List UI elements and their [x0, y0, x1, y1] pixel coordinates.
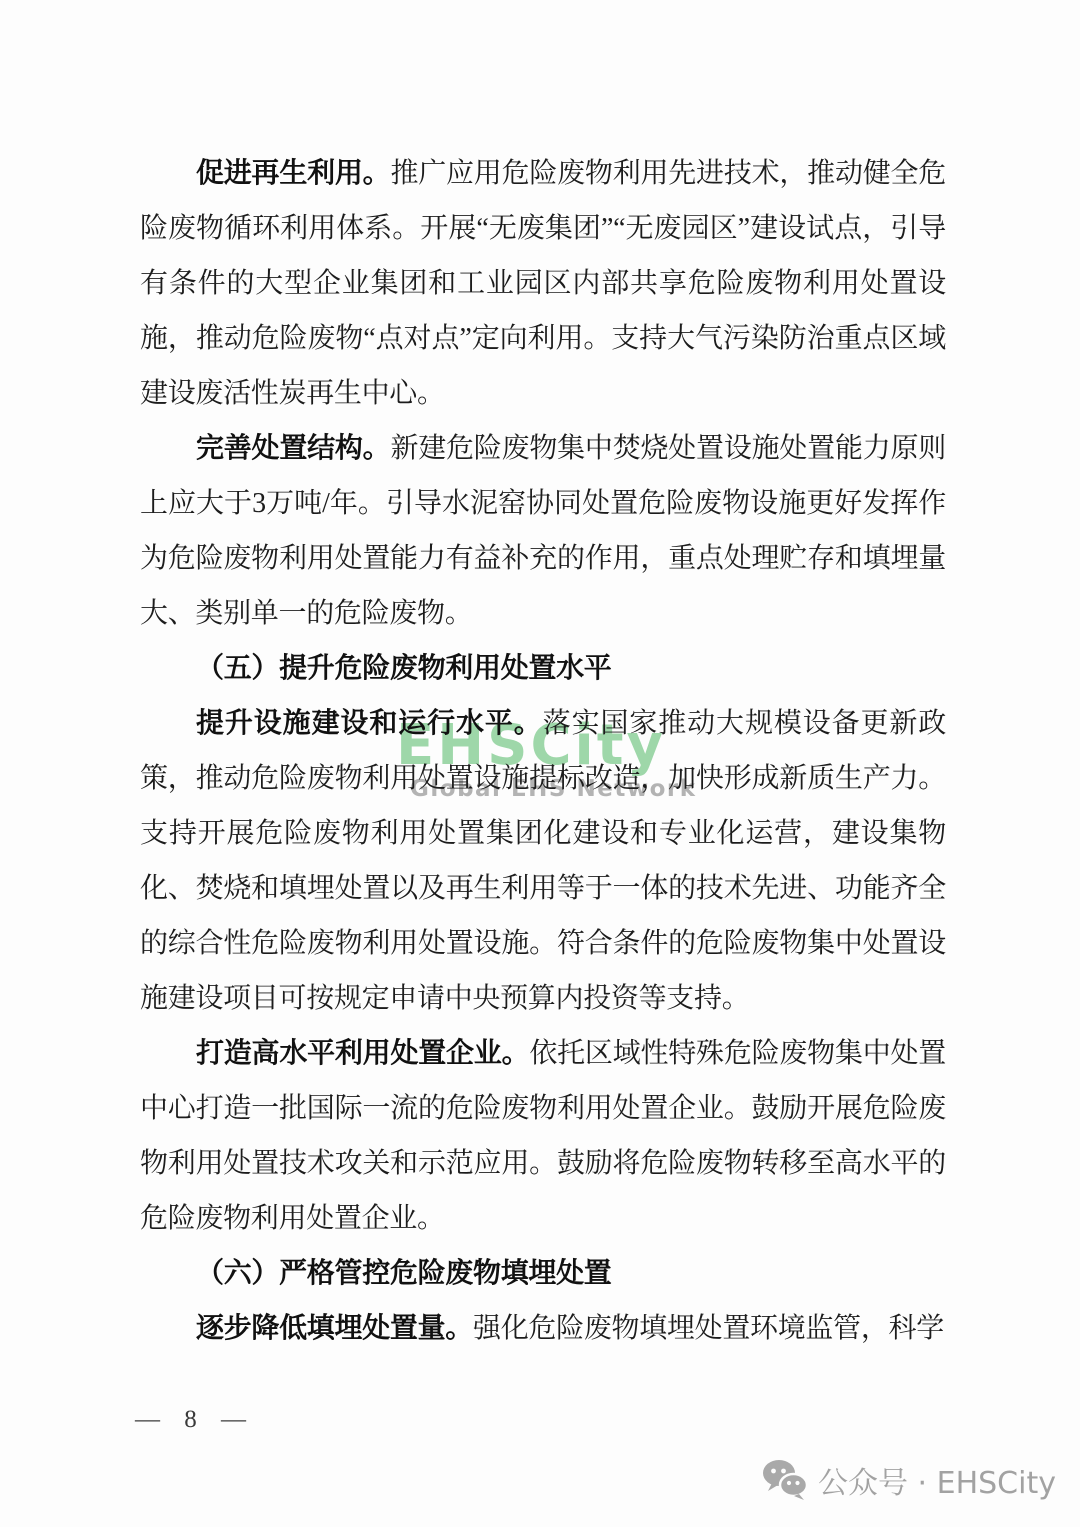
paragraph-lead: 打造高水平利用处置企业。: [196, 1038, 529, 1069]
document-page: EHSCity Global EHS Network 促进再生利用。推广应用危险…: [0, 0, 1080, 1527]
section-heading-5: （五）提升危险废物利用处置水平: [140, 641, 946, 696]
paragraph-high-level-enterprises: 打造高水平利用处置企业。依托区域性特殊危险废物集中处置中心打造一批国际一流的危险…: [140, 1026, 946, 1246]
paragraph-reduce-landfill: 逐步降低填埋处置量。强化危险废物填埋处置环境监管，科学: [140, 1301, 946, 1356]
document-body: 促进再生利用。推广应用危险废物利用先进技术，推动健全危险废物循环利用体系。开展“…: [140, 146, 946, 1356]
paragraph-lead: 促进再生利用。: [196, 158, 390, 189]
wechat-icon: [762, 1459, 808, 1501]
wechat-account-label: 公众号 · EHSCity: [818, 1458, 1056, 1502]
paragraph-text: 落实国家推动大规模设备更新政策，推动危险废物利用处置设施提标改造，加快形成新质生…: [140, 708, 946, 1014]
page-number: — 8 —: [135, 1406, 248, 1434]
paragraph-lead: 逐步降低填埋处置量。: [196, 1313, 473, 1344]
paragraph-improve-disposal-structure: 完善处置结构。新建危险废物集中焚烧处置设施处置能力原则上应大于3万吨/年。引导水…: [140, 421, 946, 641]
paragraph-text: 推广应用危险废物利用先进技术，推动健全危险废物循环利用体系。开展“无废集团”“无…: [140, 158, 946, 409]
paragraph-text: 强化危险废物填埋处置环境监管，科学: [473, 1313, 944, 1344]
wechat-account-badge: 公众号 · EHSCity: [762, 1458, 1056, 1502]
paragraph-lead: 完善处置结构。: [196, 433, 390, 464]
paragraph-promote-recycling: 促进再生利用。推广应用危险废物利用先进技术，推动健全危险废物循环利用体系。开展“…: [140, 146, 946, 421]
paragraph-facility-construction: 提升设施建设和运行水平。落实国家推动大规模设备更新政策，推动危险废物利用处置设施…: [140, 696, 946, 1026]
paragraph-lead: 提升设施建设和运行水平。: [196, 708, 543, 739]
section-heading-6: （六）严格管控危险废物填埋处置: [140, 1246, 946, 1301]
